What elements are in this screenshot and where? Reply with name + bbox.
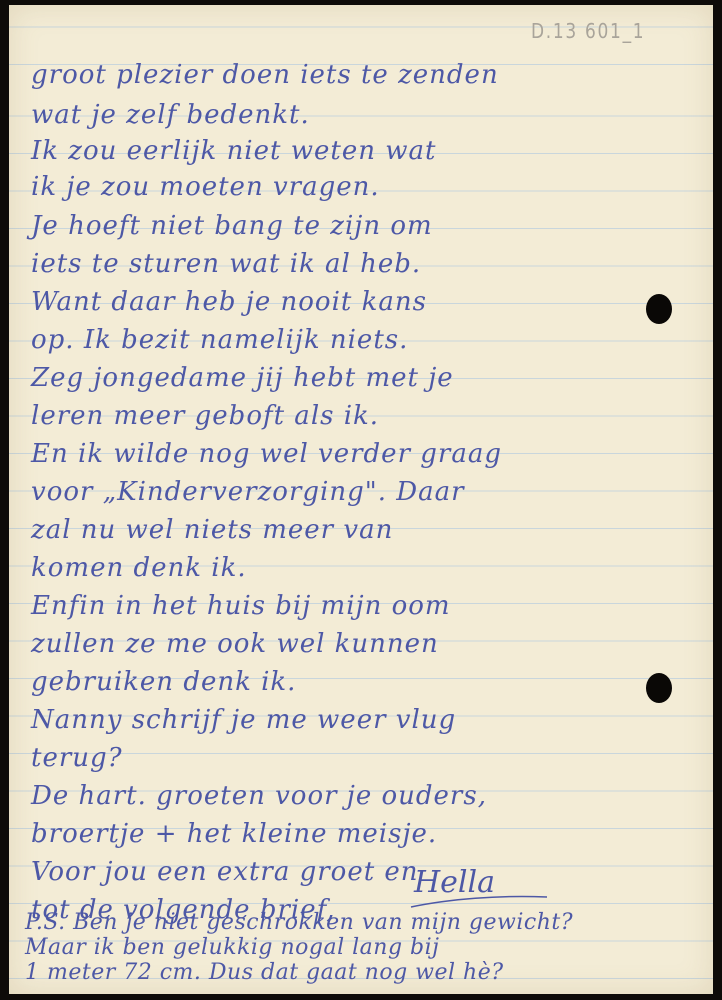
letter-line: Zeg jongedame jij hebt met je — [31, 363, 454, 393]
letter-line: Want daar heb je nooit kans — [31, 287, 427, 317]
postscript-line: P.S. Ben je niet geschrokken van mijn ge… — [25, 910, 573, 935]
letter-line: En ik wilde nog wel verder graag — [31, 439, 502, 469]
letter-line: leren meer geboft als ik. — [31, 401, 379, 431]
letter-line: gebruiken denk ik. — [31, 667, 296, 697]
punch-hole-top — [646, 294, 672, 324]
letter-line: zullen ze me ook wel kunnen — [31, 629, 439, 659]
letter-line: op. Ik bezit namelijk niets. — [31, 325, 408, 355]
punch-hole-bottom — [646, 673, 672, 703]
letter-page: D.13 601_1 groot plezier doen iets te ze… — [9, 5, 713, 994]
postscript-line: 1 meter 72 cm. Dus dat gaat nog wel hè? — [25, 960, 504, 985]
letter-line: komen denk ik. — [31, 553, 247, 583]
postscript-line: Maar ik ben gelukkig nogal lang bij — [25, 935, 439, 960]
archive-id-stamp: D.13 601_1 — [531, 19, 645, 43]
letter-line: Nanny schrijf je me weer vlug — [31, 705, 456, 735]
letter-line: Voor jou een extra groet en — [31, 857, 419, 887]
letter-line: Je hoeft niet bang te zijn om — [31, 211, 433, 241]
letter-line: Enfin in het huis bij mijn oom — [31, 591, 451, 621]
letter-line: voor „Kinderverzorging". Daar — [31, 477, 465, 507]
letter-line: groot plezier doen iets te zenden — [31, 60, 499, 90]
letter-line: iets te sturen wat ik al heb. — [31, 249, 421, 279]
letter-line: Ik zou eerlijk niet weten wat — [31, 136, 436, 166]
letter-line: ik je zou moeten vragen. — [31, 172, 380, 202]
signature-flourish-icon — [409, 893, 549, 911]
letter-line: wat je zelf bedenkt. — [31, 100, 310, 130]
letter-line: De hart. groeten voor je ouders, — [31, 781, 487, 811]
letter-line: terug? — [31, 743, 123, 773]
letter-line: broertje + het kleine meisje. — [31, 819, 437, 849]
letter-line: zal nu wel niets meer van — [31, 515, 393, 545]
